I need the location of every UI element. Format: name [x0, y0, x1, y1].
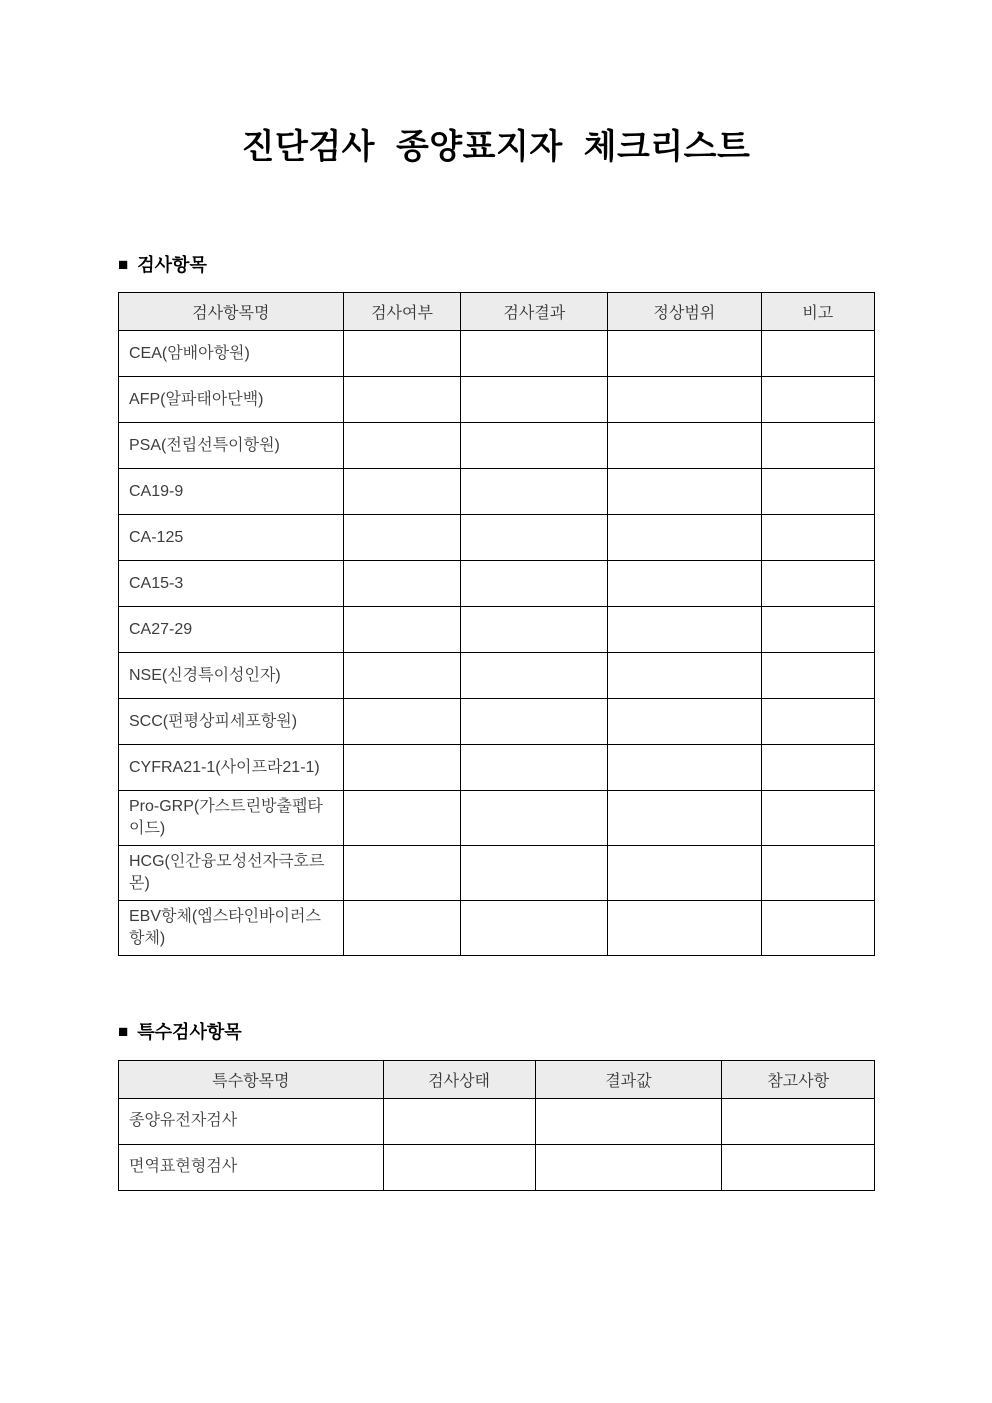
empty-cell [383, 1098, 535, 1144]
table-row: HCG(인간융모성선자극호르몬) [119, 846, 875, 901]
table-row: 종양유전자검사 [119, 1098, 875, 1144]
empty-cell [608, 699, 761, 745]
empty-cell [461, 561, 608, 607]
column-header: 참고사항 [722, 1060, 875, 1098]
column-header: 검사여부 [343, 293, 461, 331]
table-row: CYFRA21-1(사이프라21-1) [119, 745, 875, 791]
table-row: Pro-GRP(가스트린방출펩타이드) [119, 791, 875, 846]
square-bullet-icon: ■ [118, 1023, 128, 1040]
table-row: PSA(전립선특이항원) [119, 423, 875, 469]
column-header: 비고 [761, 293, 874, 331]
empty-cell [343, 653, 461, 699]
column-header: 검사결과 [461, 293, 608, 331]
table-row: SCC(편평상피세포항원) [119, 699, 875, 745]
section-test-items: ■ 검사항목 검사항목명검사여부검사결과정상범위비고CEA(암배아항원)AFP(… [118, 255, 875, 957]
empty-cell [608, 653, 761, 699]
empty-cell [761, 423, 874, 469]
empty-cell [761, 791, 874, 846]
empty-cell [761, 745, 874, 791]
empty-cell [461, 377, 608, 423]
item-name-cell: 면역표현형검사 [119, 1144, 384, 1190]
empty-cell [761, 377, 874, 423]
empty-cell [608, 791, 761, 846]
column-header: 정상범위 [608, 293, 761, 331]
item-name-cell: Pro-GRP(가스트린방출펩타이드) [119, 791, 344, 846]
empty-cell [761, 331, 874, 377]
empty-cell [535, 1098, 722, 1144]
empty-cell [461, 515, 608, 561]
empty-cell [343, 469, 461, 515]
empty-cell [343, 699, 461, 745]
empty-cell [343, 331, 461, 377]
empty-cell [461, 331, 608, 377]
empty-cell [608, 745, 761, 791]
empty-cell [761, 607, 874, 653]
item-name-cell: CA-125 [119, 515, 344, 561]
empty-cell [343, 745, 461, 791]
section-special-test-items: ■ 특수검사항목 특수항목명검사상태결과값참고사항종양유전자검사면역표현형검사 [118, 1022, 875, 1191]
column-header: 결과값 [535, 1060, 722, 1098]
section-heading-label: 특수검사항목 [137, 1022, 241, 1044]
empty-cell [461, 423, 608, 469]
header-row: 검사항목명검사여부검사결과정상범위비고 [119, 293, 875, 331]
empty-cell [535, 1144, 722, 1190]
empty-cell [343, 561, 461, 607]
empty-cell [761, 469, 874, 515]
item-name-cell: CA15-3 [119, 561, 344, 607]
empty-cell [343, 901, 461, 956]
empty-cell [461, 745, 608, 791]
empty-cell [608, 901, 761, 956]
empty-cell [461, 607, 608, 653]
section-test-items-heading: ■ 검사항목 [118, 255, 875, 277]
table-row: CEA(암배아항원) [119, 331, 875, 377]
item-name-cell: 종양유전자검사 [119, 1098, 384, 1144]
document-page: 진단검사 종양표지자 체크리스트 ■ 검사항목 검사항목명검사여부검사결과정상범… [0, 0, 992, 1403]
empty-cell [383, 1144, 535, 1190]
empty-cell [461, 469, 608, 515]
item-name-cell: PSA(전립선특이항원) [119, 423, 344, 469]
item-name-cell: CA27-29 [119, 607, 344, 653]
item-name-cell: EBV항체(엡스타인바이러스항체) [119, 901, 344, 956]
table-row: NSE(신경특이성인자) [119, 653, 875, 699]
item-name-cell: SCC(편평상피세포항원) [119, 699, 344, 745]
empty-cell [461, 901, 608, 956]
empty-cell [461, 653, 608, 699]
table-row: CA-125 [119, 515, 875, 561]
item-name-cell: CA19-9 [119, 469, 344, 515]
header-row: 특수항목명검사상태결과값참고사항 [119, 1060, 875, 1098]
empty-cell [461, 791, 608, 846]
empty-cell [608, 561, 761, 607]
empty-cell [761, 561, 874, 607]
item-name-cell: AFP(알파태아단백) [119, 377, 344, 423]
empty-cell [761, 653, 874, 699]
item-name-cell: CEA(암배아항원) [119, 331, 344, 377]
empty-cell [761, 901, 874, 956]
empty-cell [343, 607, 461, 653]
page-title: 진단검사 종양표지자 체크리스트 [0, 0, 992, 169]
section-special-test-items-heading: ■ 특수검사항목 [118, 1022, 875, 1044]
empty-cell [343, 515, 461, 561]
empty-cell [722, 1098, 875, 1144]
empty-cell [608, 846, 761, 901]
empty-cell [343, 423, 461, 469]
column-header: 검사상태 [383, 1060, 535, 1098]
table-row: CA19-9 [119, 469, 875, 515]
empty-cell [343, 791, 461, 846]
square-bullet-icon: ■ [118, 256, 128, 273]
special-test-items-table: 특수항목명검사상태결과값참고사항종양유전자검사면역표현형검사 [118, 1060, 875, 1191]
column-header: 검사항목명 [119, 293, 344, 331]
empty-cell [722, 1144, 875, 1190]
item-name-cell: HCG(인간융모성선자극호르몬) [119, 846, 344, 901]
empty-cell [608, 607, 761, 653]
table-row: EBV항체(엡스타인바이러스항체) [119, 901, 875, 956]
empty-cell [608, 469, 761, 515]
item-name-cell: CYFRA21-1(사이프라21-1) [119, 745, 344, 791]
empty-cell [343, 377, 461, 423]
table-row: AFP(알파태아단백) [119, 377, 875, 423]
empty-cell [761, 515, 874, 561]
test-items-table: 검사항목명검사여부검사결과정상범위비고CEA(암배아항원)AFP(알파태아단백)… [118, 292, 875, 956]
table-row: CA15-3 [119, 561, 875, 607]
item-name-cell: NSE(신경특이성인자) [119, 653, 344, 699]
empty-cell [761, 699, 874, 745]
table-row: CA27-29 [119, 607, 875, 653]
empty-cell [608, 515, 761, 561]
empty-cell [608, 377, 761, 423]
empty-cell [461, 699, 608, 745]
empty-cell [608, 331, 761, 377]
empty-cell [461, 846, 608, 901]
empty-cell [343, 846, 461, 901]
page-content: ■ 검사항목 검사항목명검사여부검사결과정상범위비고CEA(암배아항원)AFP(… [118, 255, 875, 1191]
empty-cell [608, 423, 761, 469]
column-header: 특수항목명 [119, 1060, 384, 1098]
table-row: 면역표현형검사 [119, 1144, 875, 1190]
section-heading-label: 검사항목 [137, 255, 207, 277]
empty-cell [761, 846, 874, 901]
